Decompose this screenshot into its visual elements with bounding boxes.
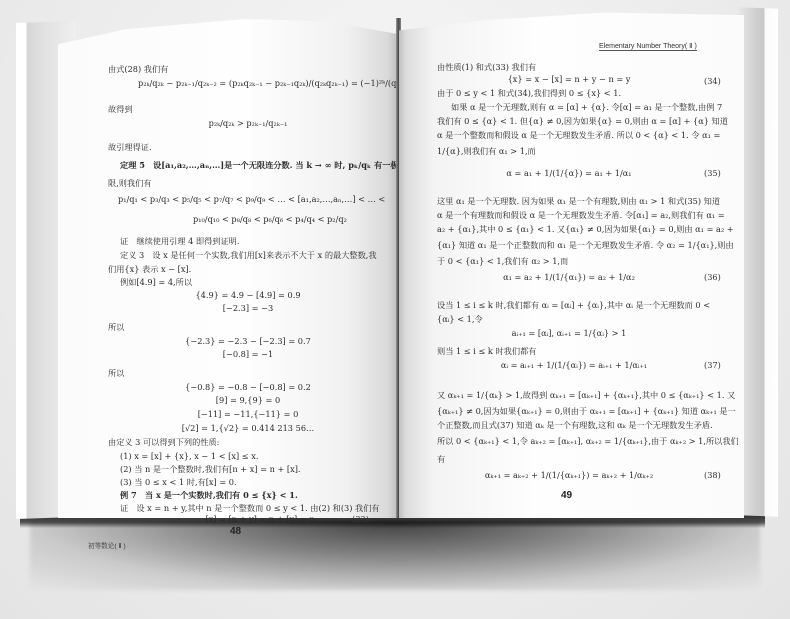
equation: {x} = x − [x] = n + y − n = y	[479, 74, 659, 85]
proof-line: 证 继续使用引理 4 即得到证明.	[120, 236, 239, 247]
equation: [x] = [n + y] = n + [y] = n	[190, 514, 330, 525]
text-line: 例如[4.9] = 4,所以	[120, 277, 192, 288]
equation: [−2.3] = −3	[158, 303, 338, 314]
text-line: {αₖ₊₁} ≠ 0,因为如果{αₖ₊₁} = 0,则由于 αₖ₊₁ = [αₖ…	[437, 406, 736, 417]
equation: αᵢ = aᵢ₊₁ + 1/(1/{αᵢ}) = aᵢ₊₁ + 1/αᵢ₊₁	[489, 360, 659, 371]
running-header: Elementary Number Theory( Ⅱ )	[599, 42, 697, 51]
equation: aᵢ₊₁ = [αᵢ], αᵢ₊₁ = 1/{αᵢ} > 1	[489, 328, 649, 339]
text-line: {αᵢ} < 1,令	[437, 314, 483, 325]
text-line: 1/{α},则我们有 α₁ > 1,而	[437, 146, 536, 157]
text-line: a₂ + {α₁},其中 0 ≤ {α₁} < 1. 又{α₁} ≠ 0,因为如…	[437, 224, 734, 235]
text-line: {α₁} 知道 α₁ 是一个正整数而和 α₁ 是一个无理数发生矛盾. 令 α₂ …	[437, 240, 734, 251]
equation-number: (37)	[704, 360, 721, 370]
text-line: 于 0 < {α₁} < 1,我们有 α₂ > 1,而	[437, 256, 568, 267]
text-line: α 是一个有理数而和假设 α 是一个无理数发生矛盾. 令[α₁] = a₂,则我…	[437, 210, 725, 221]
right-page: Elementary Number Theory( Ⅱ ) 由性质(1) 和式(…	[399, 10, 744, 518]
text-line: 个正整数,而且式(37) 知道 αₖ 是一个有理数,这和 αₖ 是一个无理数发生…	[437, 420, 713, 431]
definition-3: 定义 3 设 x 是任何一个实数,我们用[x]来表示不大于 x 的最大整数,我	[120, 250, 377, 261]
right-page-stack	[738, 7, 778, 516]
equation: p₂ₖ/q₂ₖ − p₂ₖ₋₁/q₂ₖ₋₂ = (p₂ₖq₂ₖ₋₁ − p₂ₖ₋…	[138, 78, 378, 89]
equation: α = a₁ + 1/(1/{α}) = a₁ + 1/α₁	[489, 168, 649, 179]
property-1: (1) x = [x] + {x}, x − 1 < [x] ≤ x.	[120, 451, 258, 462]
right-page-number: 49	[561, 490, 572, 501]
equation-number: (35)	[704, 168, 721, 178]
left-page-number: 48	[230, 526, 241, 537]
equation: [√2] = 1,{√2} = 0.414 213 56…	[158, 423, 338, 434]
text-line: 所以 0 < {αₖ₊₁} < 1,令 aₖ₊₂ = [αₖ₊₁], αₖ₊₂ …	[437, 436, 739, 447]
running-footer: 初等数论( Ⅱ )	[88, 540, 126, 550]
equation: {−0.8} = −0.8 − [−0.8] = 0.2	[158, 382, 338, 393]
text-line: 所以	[108, 368, 124, 379]
text-line: 则当 1 ≤ i ≤ k 时我们都有	[437, 346, 536, 357]
book-shadow	[30, 520, 760, 590]
example-7: 例 7 当 x 是一个实数时,我们有 0 ≤ {x} < 1.	[120, 490, 298, 501]
text-line: 由定义 3 可以得到下列的性质:	[108, 437, 219, 448]
equation: [9] = 9,{9} = 0	[158, 395, 338, 406]
text-line: 由式(28) 我们有	[108, 64, 168, 75]
property-3: (3) 当 0 ≤ x < 1 时,有[x] = 0.	[120, 477, 237, 488]
equation-number: (38)	[704, 470, 721, 480]
left-page: 由式(28) 我们有 p₂ₖ/q₂ₖ − p₂ₖ₋₁/q₂ₖ₋₂ = (p₂ₖq…	[58, 14, 398, 518]
equation: {4.9} = 4.9 − [4.9] = 0.9	[158, 290, 338, 301]
text-line: 由性质(1) 和式(33) 我们有	[437, 62, 536, 73]
text-line: 故得到	[108, 104, 133, 115]
text-line: α 是一个整数而和假设 α 是一个无理数发生矛盾. 所以 0 < {α} < 1…	[437, 130, 720, 141]
text-line: 有	[437, 454, 445, 465]
equation-number: (33)	[352, 514, 369, 524]
theorem-5: 定理 5 设[a₁,a₂,…,aₙ,…]是一个无限连分数. 当 k → ∞ 时,…	[120, 160, 398, 171]
text-line: 限,则我们有	[108, 178, 152, 189]
text-line: 设当 1 ≤ i ≤ k 时,我们都有 αᵢ = [αᵢ] + {αᵢ},其中 …	[437, 300, 710, 311]
property-2: (2) 当 n 是一个整数时,我们有[n + x] = n + [x].	[120, 464, 301, 475]
text-line: 如果 α 是一个无理数,则有 α = [α] + {α}. 令[α] = a₁ …	[451, 102, 722, 113]
equation: p₁₀/q₁₀ < p₈/q₈ < p₆/q₆ < p₄/q₄ < p₂/q₂	[193, 214, 347, 225]
equation-number: (34)	[704, 76, 721, 86]
equation: p₁/q₁ < p₃/q₃ < p₅/q₅ < p₇/q₇ < p₉/q₉ < …	[118, 194, 385, 205]
text-line: 我们有 0 ≤ {α} < 1. 但{α} ≠ 0,因为如果{α} = 0,则由…	[437, 116, 728, 127]
equation: α₁ = a₂ + 1/(1/{α₁}) = a₂ + 1/α₂	[489, 272, 649, 283]
text-line: 由于 0 ≤ y < 1 和式(34),我们得到 0 ≤ {x} < 1.	[437, 88, 621, 99]
equation-number: (36)	[704, 272, 721, 282]
equation: [−11] = −11,{−11} = 0	[158, 409, 338, 420]
text-line: 故引理得证.	[108, 142, 152, 153]
text-line: 这里 α₁ 是一个无理数. 因为如果 α₁ 是一个有理数,则由 α₁ > 1 和…	[437, 196, 720, 207]
text-line: 所以	[108, 322, 124, 333]
equation: p₂ₖ/q₂ₖ > p₂ₖ₋₁/q₂ₖ₋₁	[178, 118, 318, 129]
equation: {−2.3} = −2.3 − [−2.3] = 0.7	[158, 336, 338, 347]
text-line: 们用{x} 表示 x − [x].	[108, 264, 191, 275]
text-line: 又 αₖ₊₁ = 1/{αₖ} > 1,故得到 αₖ₊₁ = [αₖ₊₁] + …	[437, 390, 735, 401]
proof-line: 证 设 x = n + y,其中 n 是一个整数而 0 ≤ y < 1. 由(2…	[120, 503, 380, 514]
equation: [−0.8] = −1	[158, 349, 338, 360]
equation: αₖ₊₁ = aₖ₊₂ + 1/(1/{αₖ₊₁}) = aₖ₊₂ + 1/αₖ…	[479, 470, 659, 481]
